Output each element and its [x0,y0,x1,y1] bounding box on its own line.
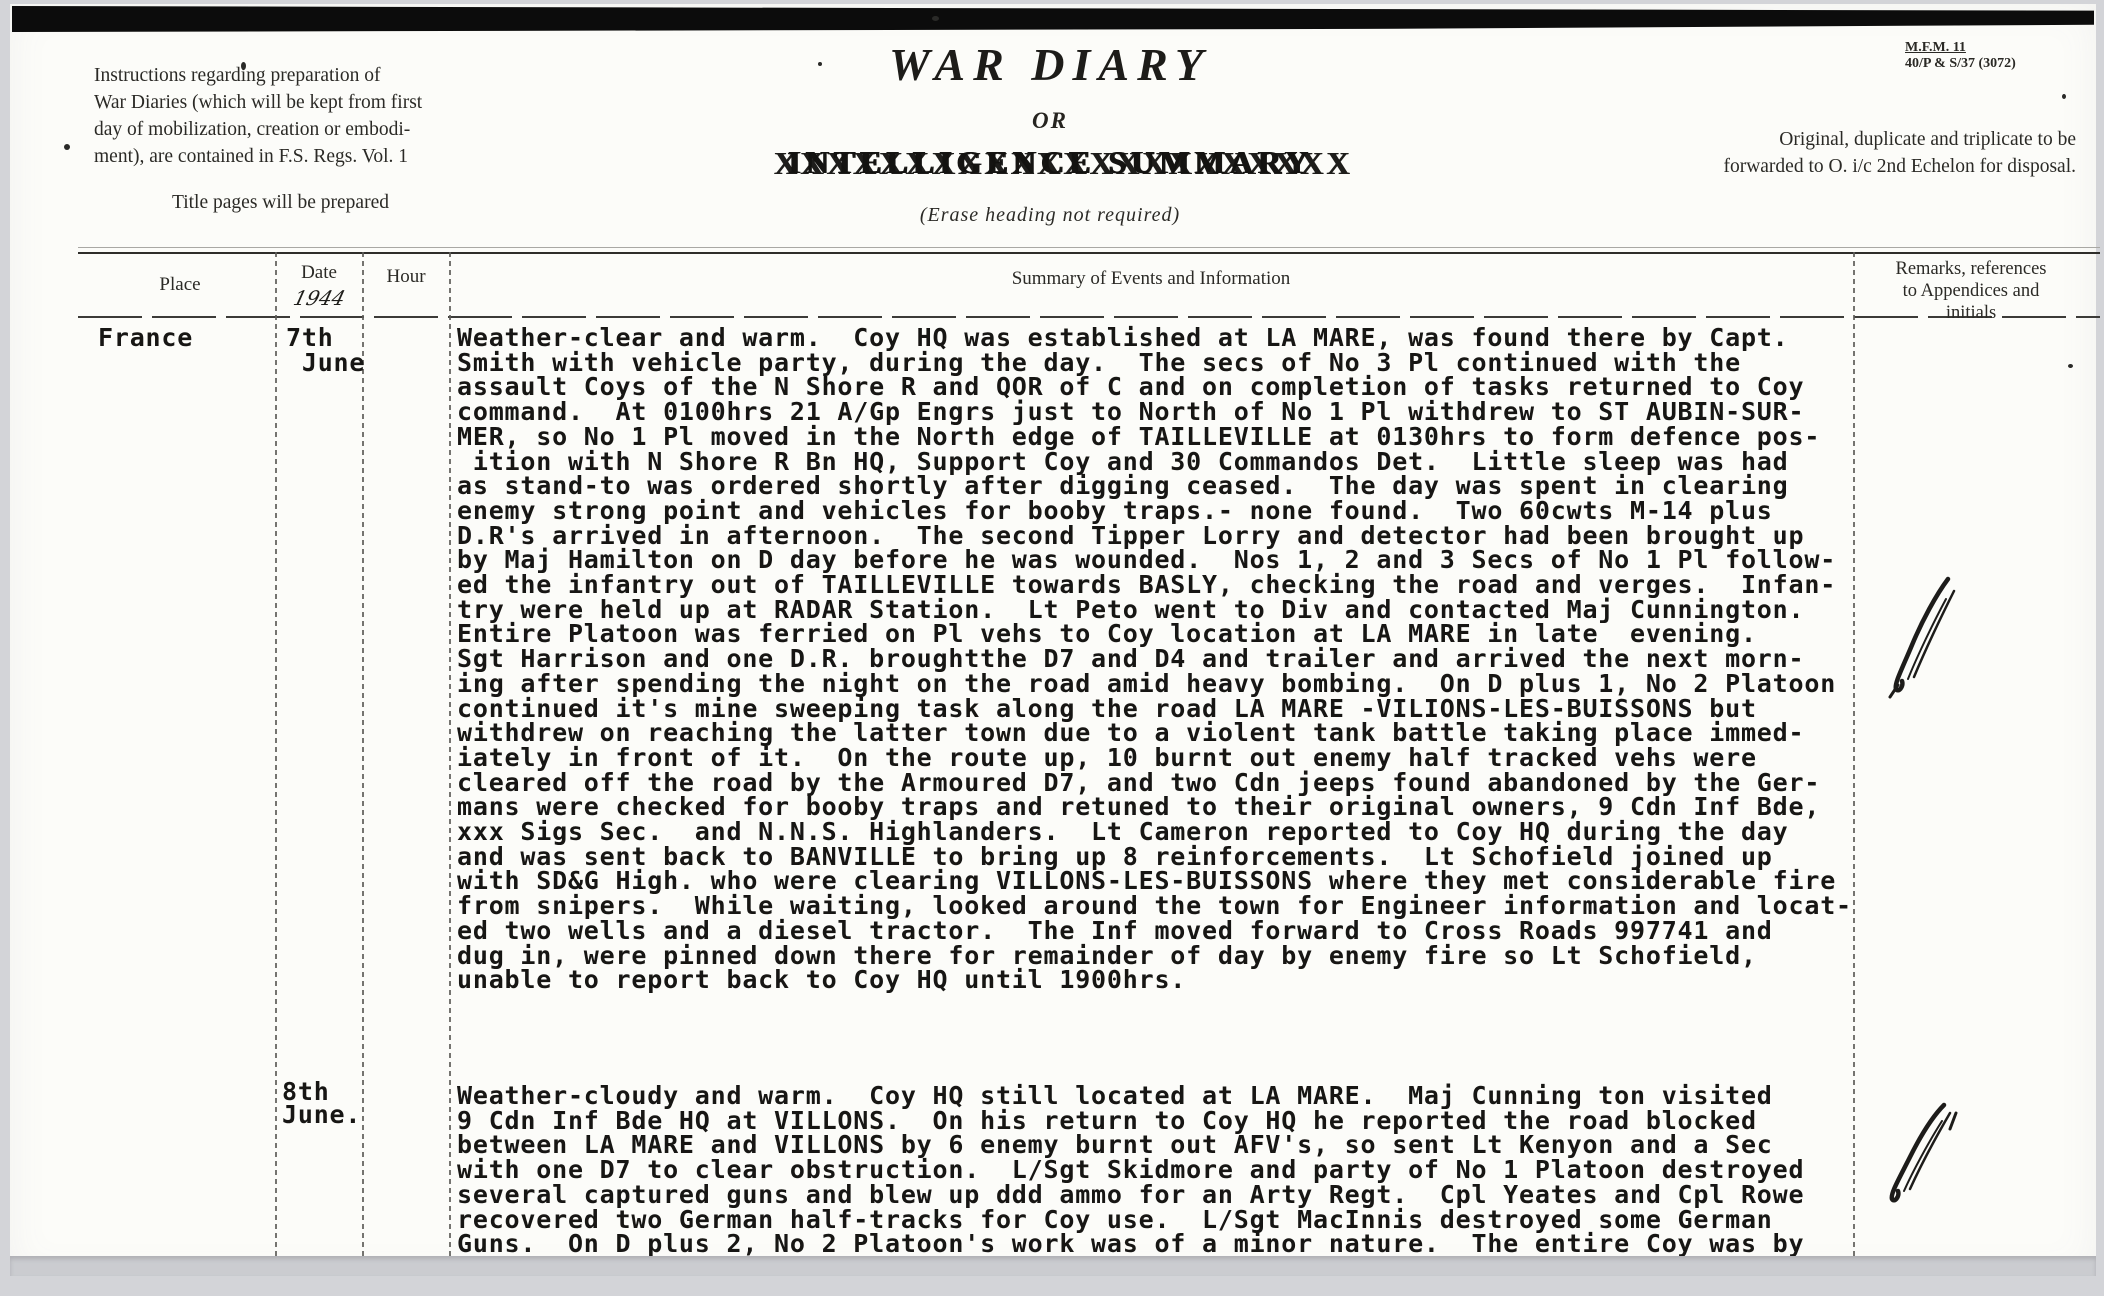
scan-speck [2068,364,2073,368]
form-number: M.F.M. 11 40/P & S/37 (3072) [1800,40,2075,72]
entry1-date: 7th June [286,326,365,375]
scan-speck [64,144,70,150]
entry2-summary-text: Weather-cloudy and warm. Coy HQ still lo… [457,1084,1804,1257]
handwritten-initials-mark-1 [1888,569,1966,699]
form-number-line2: 40/P & S/37 (3072) [1905,56,2075,72]
summary-remarks-divider [1853,252,1855,1276]
column-header-hour: Hour [364,266,448,288]
scan-speck [932,16,939,21]
place-date-divider [275,252,277,1276]
header-bottom-rule [78,316,2100,318]
date-hour-divider [362,252,364,1276]
scan-speck [818,62,822,66]
form-number-line1: M.F.M. 11 [1905,40,2075,56]
table-top-rule-faint [78,247,2100,248]
column-header-place: Place [90,274,270,296]
table-top-rule [78,252,2100,254]
handwritten-year: 1944 [277,286,361,311]
erase-heading-note: (Erase heading not required) [670,204,1430,227]
handwritten-initials-mark-2 [1886,1099,1964,1209]
scan-speck [241,62,246,70]
instructions-note: Instructions regarding preparation of Wa… [94,62,542,170]
disposal-instructions: Original, duplicate and triplicate to be… [1610,126,2076,180]
entry1-place: France [98,326,193,351]
hour-summary-divider [449,252,451,1276]
scan-speck [2062,94,2066,99]
or-label: OR [670,108,1430,134]
entry2-date: 8th June. [282,1080,361,1126]
entry1-summary-text: Weather-clear and warm. Coy HQ was estab… [457,326,1852,993]
column-header-date: Date [277,262,361,284]
struck-heading-wrap: INTELLIGENCE SUMMARY XXXXXXXXXXXXXXXXXXX… [670,144,1430,190]
title-pages-note: Title pages will be prepared [172,192,389,214]
column-header-summary: Summary of Events and Information [451,268,1851,290]
typed-strikeout-overlay: XXXXXXXXXXXXXXXXXXXXXX [774,145,1353,182]
scanned-war-diary-page: Instructions regarding preparation of Wa… [10,4,2096,1276]
column-header-remarks: Remarks, references to Appendices and in… [1862,258,2080,324]
scan-edge-bottom-band [10,1256,2096,1276]
page-title: WAR DIARY [670,38,1430,91]
scan-edge-artifact-bar [12,6,2094,32]
